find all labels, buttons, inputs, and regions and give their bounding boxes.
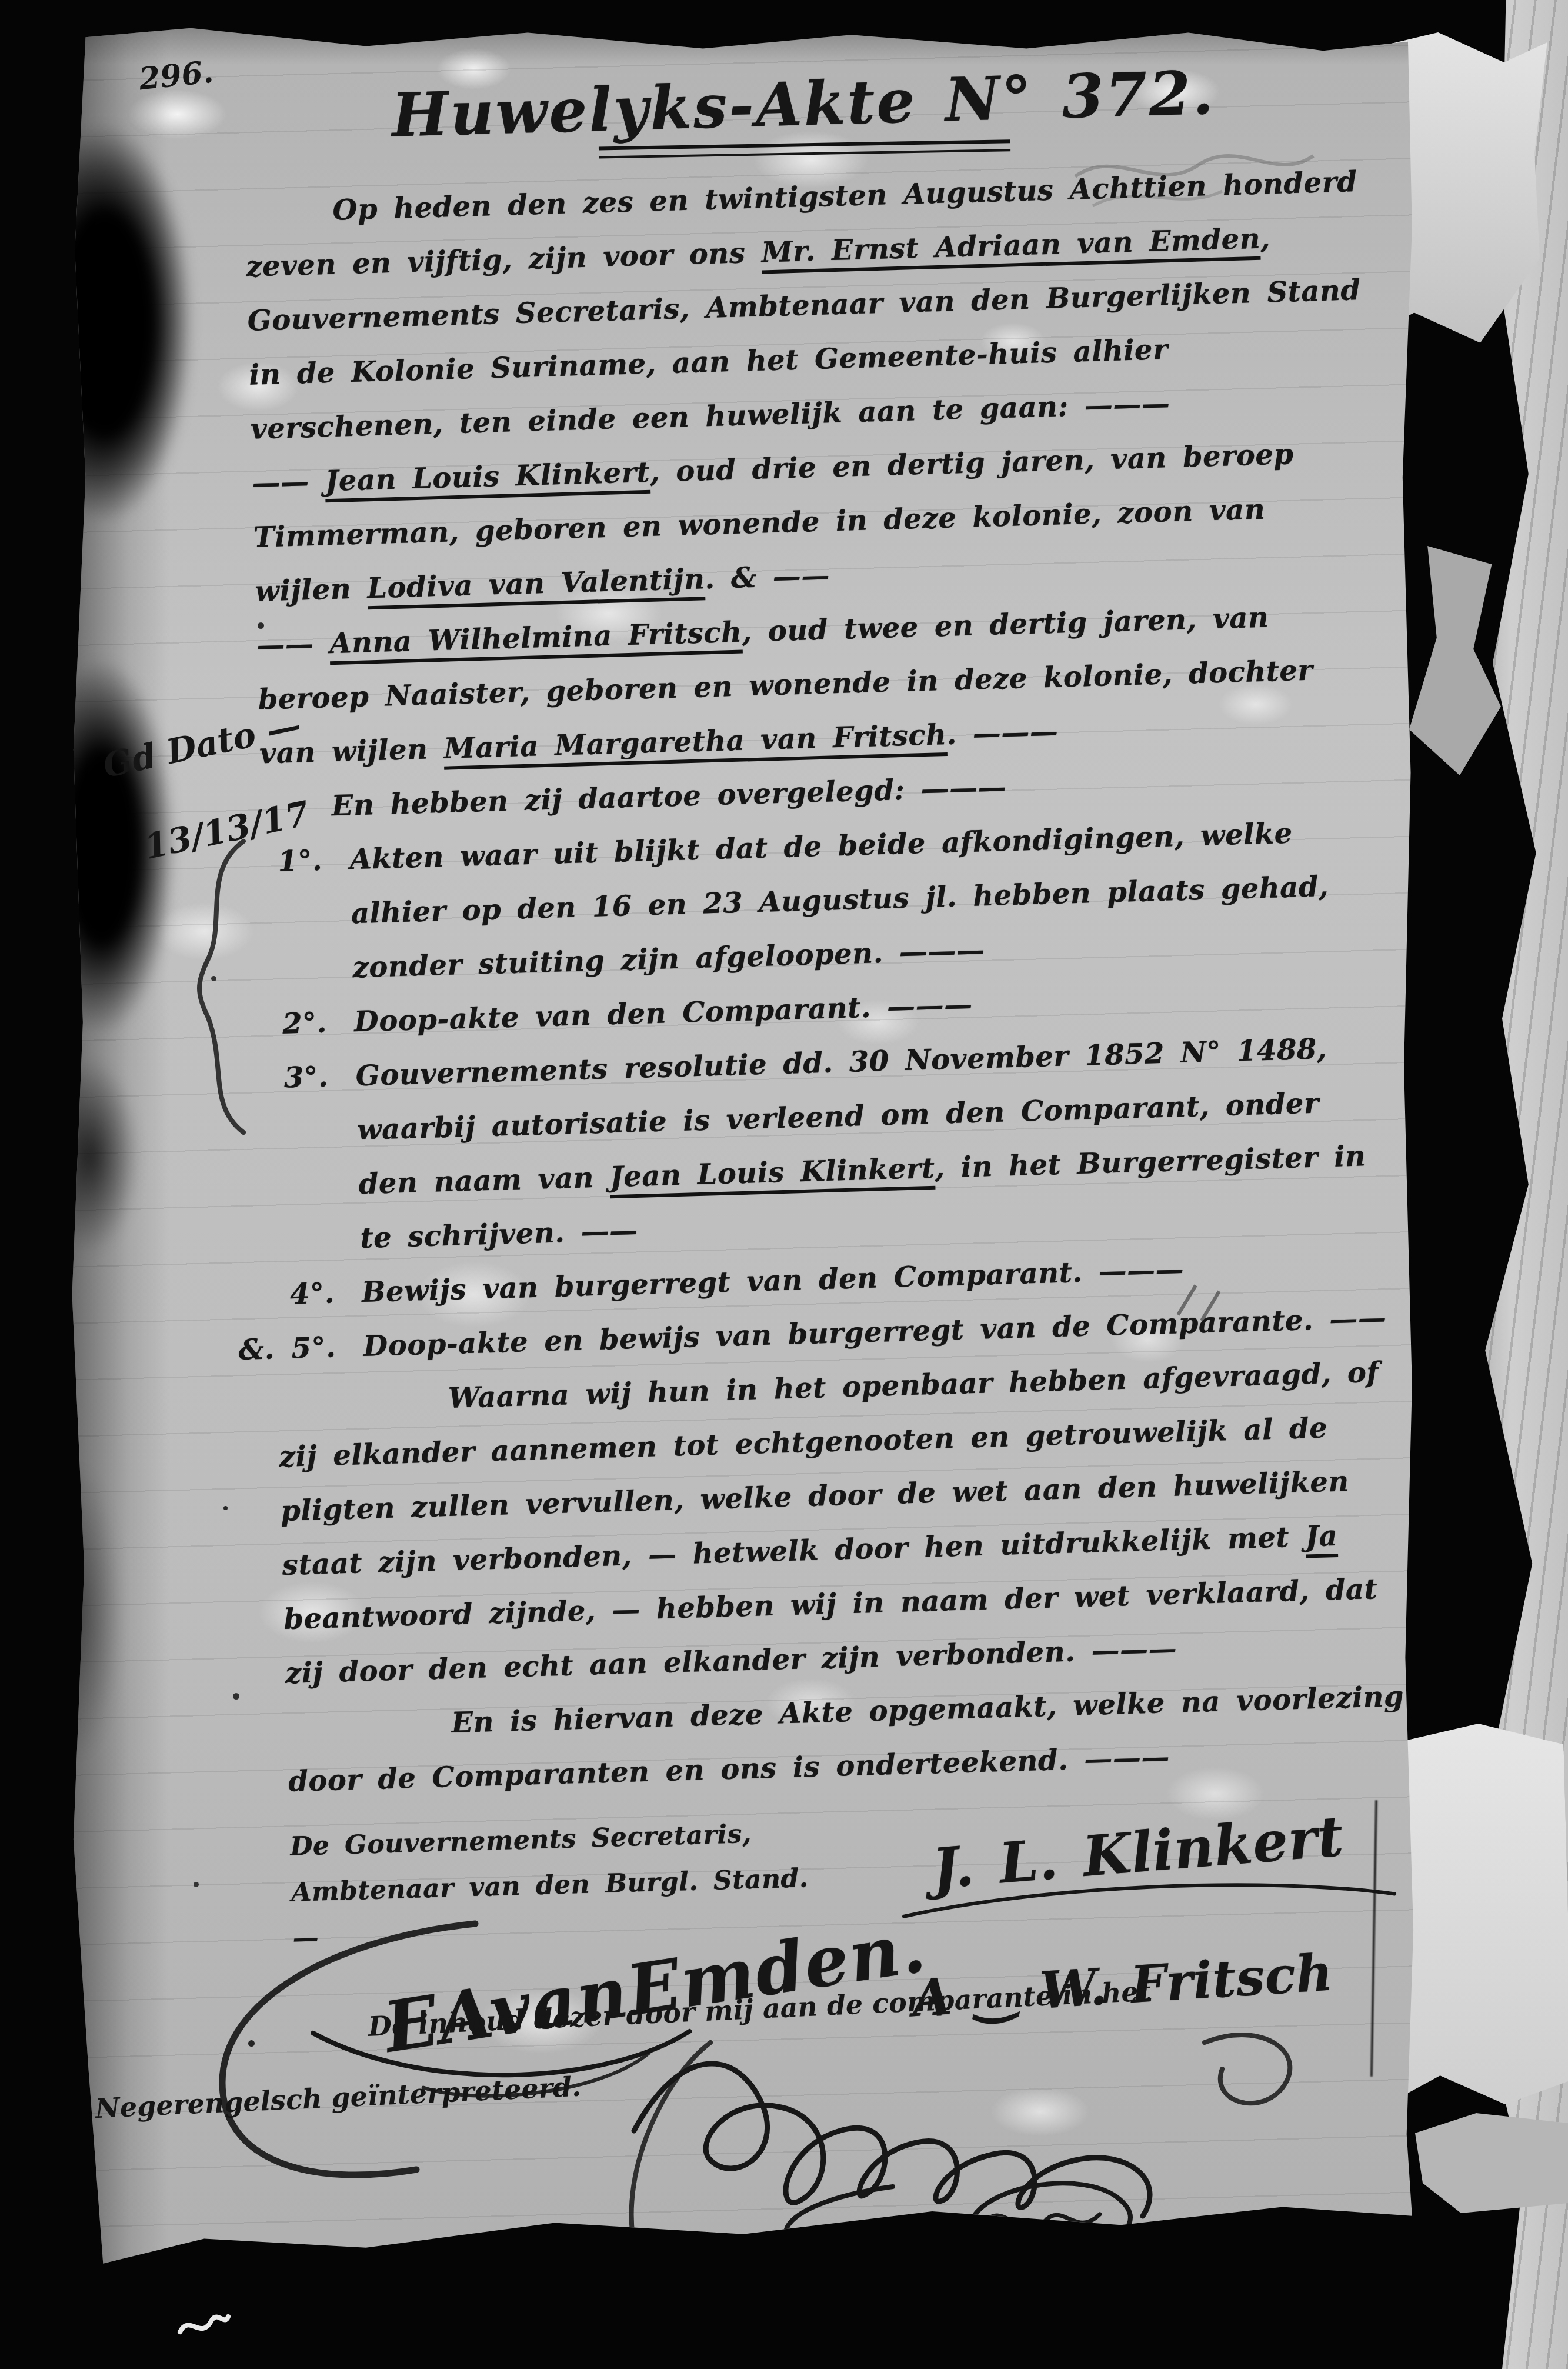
white-scratch-mark: [176, 2307, 232, 2345]
registered-name: Jean Louis Klinkert: [609, 1152, 935, 1198]
document-title: Huwelyks-Akte N° 372.: [241, 62, 1366, 147]
ink-spots: [223, 1506, 228, 1510]
list-item-3: 3°. Gouvernements resolutie dd. 30 Novem…: [268, 1020, 1397, 1268]
torn-paper-piece-bottom-2: [1415, 2113, 1568, 2213]
item-number: 2°.: [282, 996, 328, 1051]
flourish-signature: [587, 2007, 1352, 2284]
list-item-1: 1°. Akten waar uit blijkt dat de beide a…: [262, 804, 1389, 997]
item-number: 5°.: [291, 1320, 336, 1375]
torn-paper-piece-bottom: [1394, 1721, 1568, 2107]
torn-paper-piece-middle: [1409, 546, 1501, 775]
bride-mother-name: Maria Margaretha van Fritsch: [443, 718, 948, 770]
vows-text-rest: beantwoord zijnde, — hebben wij in naam …: [283, 1572, 1378, 1690]
lead-dash: ——: [252, 465, 326, 499]
item-text: Doop-akte van den Comparant. ———: [353, 988, 973, 1038]
official-name: Mr. Ernst Adriaan van Emden: [761, 222, 1261, 274]
groom-paragraph: —— Jean Louis Klinkert, oud drie en dert…: [251, 425, 1379, 618]
scanned-archive-photo: { "scan": { "page_number": "296.", "titl…: [0, 0, 1568, 2369]
vows-paragraph: Waarna wij hun in het openbaar hebben af…: [277, 1345, 1409, 1701]
bride-paragraph: —— Anna Wilhelmina Fritsch, oud twee en …: [256, 587, 1383, 781]
item-number: 1°.: [277, 834, 323, 889]
bride-name: Anna Wilhelmina Fritsch: [329, 616, 743, 665]
top-edge-shadow: [69, 24, 1417, 65]
item-text: Akten waar uit blijkt dat de beide afkon…: [349, 817, 1329, 985]
ink-blot: [34, 1465, 122, 1759]
ink-blot: [40, 1059, 140, 1253]
deed-text: Huwelyks-Akte N° 372. Op heden den zes e…: [241, 62, 1420, 2110]
groom-tail: . & ——: [705, 559, 830, 595]
groom-mother-name: Lodiva van Valentijn: [367, 562, 706, 609]
lead-dash: ——: [256, 627, 330, 662]
item-number: 4°.: [289, 1266, 335, 1321]
vows-text: Waarna wij hun in het openbaar hebben af…: [279, 1356, 1379, 1582]
ja-word: Ja: [1305, 1520, 1338, 1558]
large-pen-flourish: [158, 1906, 499, 2224]
margin-brace-flourish: [185, 835, 255, 1141]
ink-blot: [16, 124, 193, 524]
document-page: 296. Gd Dato — 13/13/17 Huwelyks-Akte N°…: [69, 24, 1417, 2293]
page-number: 296.: [137, 54, 215, 98]
item-number: 3°.: [283, 1050, 329, 1105]
bride-tail: . ———: [946, 715, 1059, 751]
opening-paragraph: Op heden den zes en twintigsten Augustus…: [243, 155, 1374, 457]
groom-name: Jean Louis Klinkert: [325, 456, 650, 502]
margin-ampersand: &.: [238, 1322, 275, 1377]
